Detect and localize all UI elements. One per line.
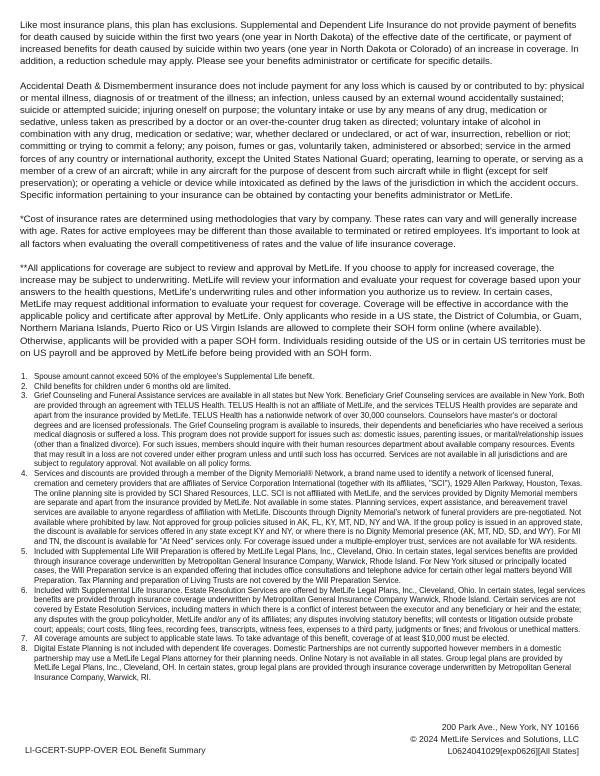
footnote-text: Spouse amount cannot exceed 50% of the e… xyxy=(34,372,314,381)
footnote-item: 8.Digital Estate Planning is not include… xyxy=(20,644,586,683)
company-address: 200 Park Ave., New York, NY 10166 xyxy=(410,721,579,733)
cost-rates-paragraph: *Cost of insurance rates are determined … xyxy=(20,214,586,250)
footnote-number: 6. xyxy=(21,586,27,596)
document-page: Like most insurance plans, this plan has… xyxy=(20,20,586,683)
footnote-item: 5.Included with Supplemental Life Will P… xyxy=(20,547,586,586)
footnote-item: 6.Included with Supplemental Life Insura… xyxy=(20,586,586,635)
footnote-number: 5. xyxy=(21,547,27,557)
company-footer: 200 Park Ave., New York, NY 10166 © 2024… xyxy=(410,721,579,757)
exclusions-paragraph: Like most insurance plans, this plan has… xyxy=(20,20,586,69)
footnotes-list: 1.Spouse amount cannot exceed 50% of the… xyxy=(20,372,586,683)
footnote-number: 3. xyxy=(21,391,27,401)
form-id: LI-GCERT-SUPP-OVER EOL Benefit Summary xyxy=(25,745,206,755)
footnote-text: Services and discounts are provided thro… xyxy=(34,469,582,546)
footnote-text: Included with Supplemental Life Will Pre… xyxy=(34,547,578,585)
footnote-item: 3.Grief Counseling and Funeral Assistanc… xyxy=(20,391,586,469)
applications-paragraph: **All applications for coverage are subj… xyxy=(20,263,586,360)
footnote-text: Included with Supplemental Life Insuranc… xyxy=(34,586,585,634)
footnote-text: All coverage amounts are subject to appl… xyxy=(34,634,509,643)
footnote-number: 8. xyxy=(21,644,27,654)
footnote-item: 4.Services and discounts are provided th… xyxy=(20,469,586,547)
footnote-item: 7.All coverage amounts are subject to ap… xyxy=(20,634,586,644)
footnote-text: Child benefits for children under 6 mont… xyxy=(34,382,231,391)
add-exclusions-paragraph: Accidental Death & Dismemberment insuran… xyxy=(20,81,586,203)
footnote-item: 2.Child benefits for children under 6 mo… xyxy=(20,382,586,392)
footnote-text: Grief Counseling and Funeral Assistance … xyxy=(34,391,584,468)
footnote-number: 1. xyxy=(21,372,27,382)
footnote-number: 4. xyxy=(21,469,27,479)
footnote-item: 1.Spouse amount cannot exceed 50% of the… xyxy=(20,372,586,382)
document-code: L0624041029[exp0626][All States] xyxy=(410,745,579,757)
footnote-number: 7. xyxy=(21,634,27,644)
footnote-text: Digital Estate Planning is not included … xyxy=(34,644,571,682)
footnote-number: 2. xyxy=(21,382,27,392)
copyright-notice: © 2024 MetLife Services and Solutions, L… xyxy=(410,733,579,745)
